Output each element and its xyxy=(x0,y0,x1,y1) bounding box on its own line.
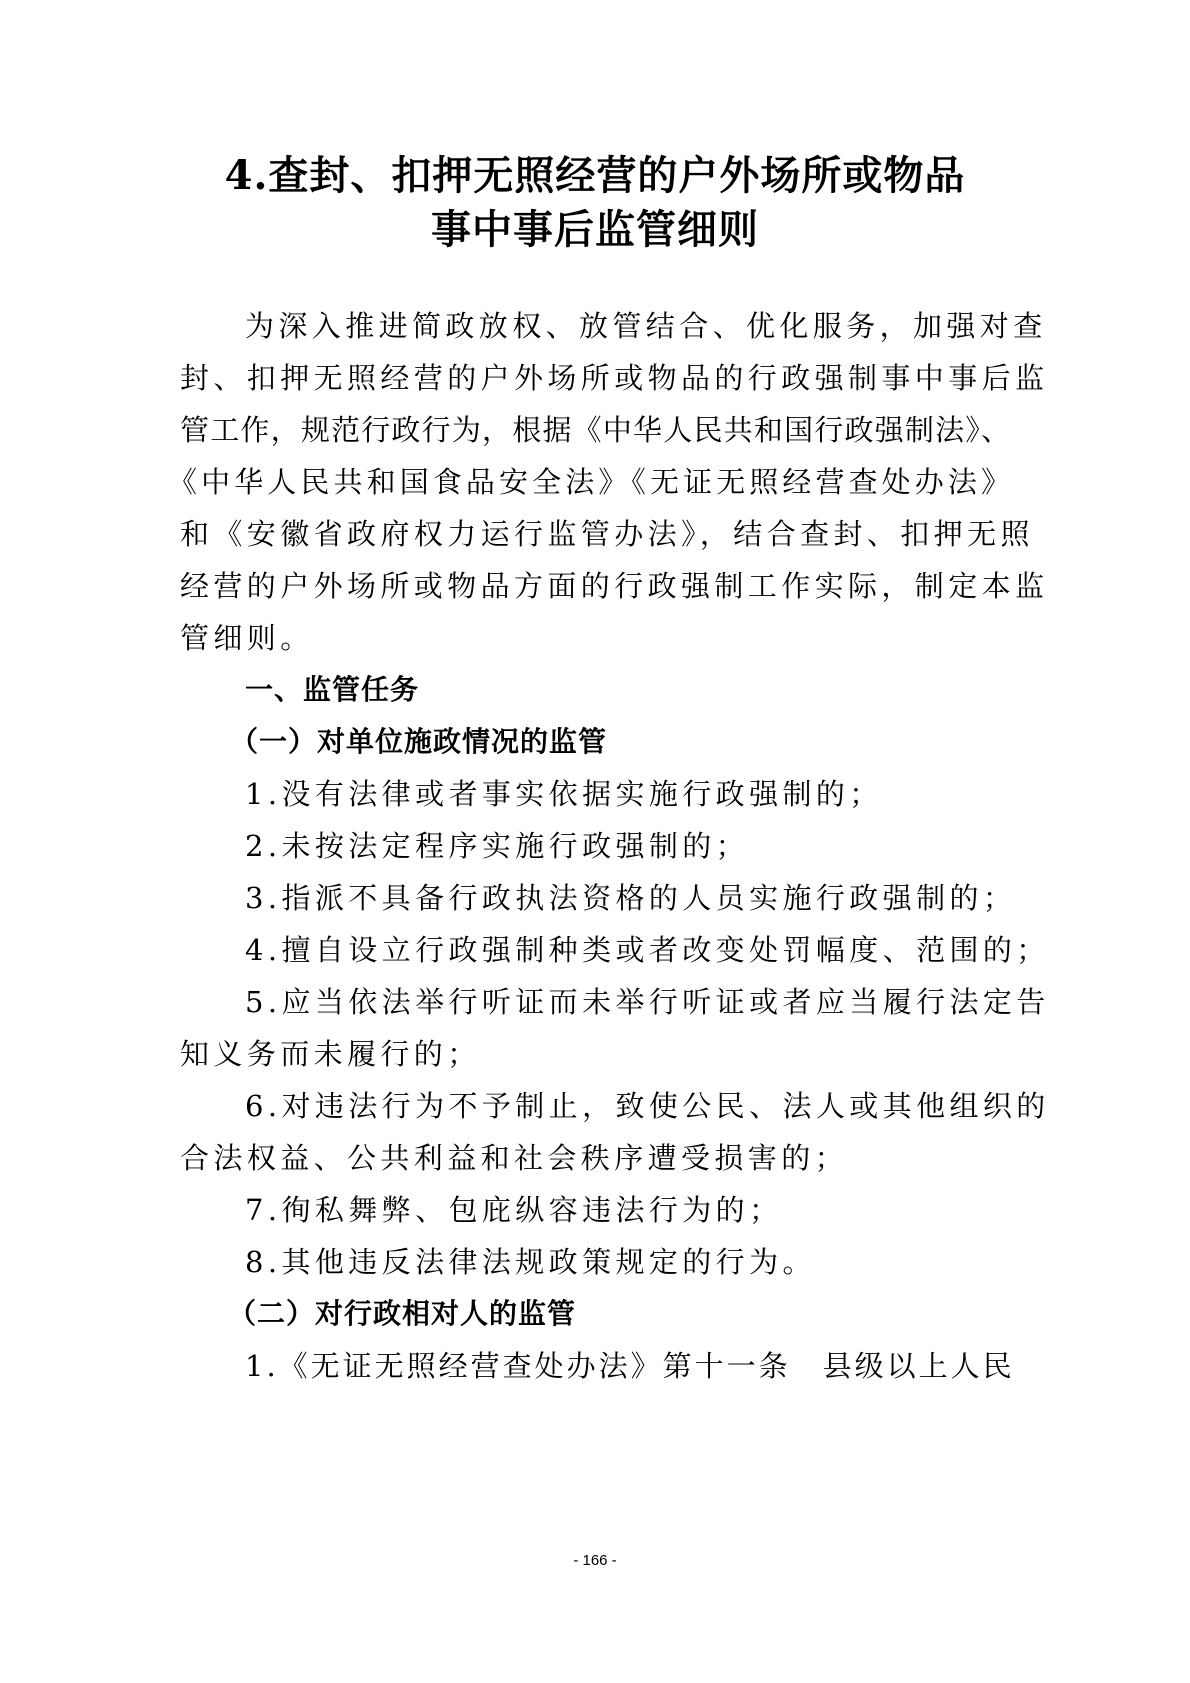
intro-line: 和《安徽省政府权力运行监管办法》，结合查封、扣押无照 xyxy=(180,514,1010,554)
list-item: 7.徇私舞弊、包庇纵容违法行为的； xyxy=(245,1190,1075,1230)
list-item: 1.没有法律或者事实依据实施行政强制的； xyxy=(245,774,1075,814)
list-item-continuation: 合法权益、公共利益和社会秩序遭受损害的； xyxy=(180,1138,1010,1178)
list-item: 6.对违法行为不予制止，致使公民、法人或其他组织的 xyxy=(245,1086,1075,1126)
subsection-heading-2: （二）对行政相对人的监管 xyxy=(228,1294,576,1334)
list-item: 1.《无证无照经营查处办法》第十一条 县级以上人民 xyxy=(245,1346,1075,1386)
list-item: 3.指派不具备行政执法资格的人员实施行政强制的； xyxy=(245,878,1075,918)
list-item: 5.应当依法举行听证而未举行听证或者应当履行法定告 xyxy=(245,982,1075,1022)
intro-line: 经营的户外场所或物品方面的行政强制工作实际，制定本监 xyxy=(180,566,1010,606)
section-heading: 一、监管任务 xyxy=(245,670,419,710)
list-item-continuation: 知义务而未履行的； xyxy=(180,1034,1010,1074)
intro-line: 为深入推进简政放权、放管结合、优化服务，加强对查 xyxy=(245,306,1010,346)
list-item: 4.擅自设立行政强制种类或者改变处罚幅度、范围的； xyxy=(245,930,1075,970)
intro-line: 管工作，规范行政行为，根据《中华人民共和国行政强制法》、 xyxy=(180,410,1010,450)
intro-line: 《中华人民共和国食品安全法》《无证无照经营查处办法》 xyxy=(168,462,1010,502)
list-item: 2.未按法定程序实施行政强制的； xyxy=(245,826,1075,866)
page-number: - 166 - xyxy=(0,1552,1190,1569)
intro-line: 封、扣押无照经营的户外场所或物品的行政强制事中事后监 xyxy=(180,358,1010,398)
subsection-heading-1: （一）对单位施政情况的监管 xyxy=(230,722,607,762)
document-title-line-2: 事中事后监管细则 xyxy=(0,200,1190,260)
list-item: 8.其他违反法律法规政策规定的行为。 xyxy=(245,1242,1075,1282)
document-page: 4.查封、扣押无照经营的户外场所或物品 事中事后监管细则 为深入推进简政放权、放… xyxy=(0,0,1190,1683)
intro-line: 管细则。 xyxy=(180,618,1010,658)
document-title-line-1: 4.查封、扣押无照经营的户外场所或物品 xyxy=(0,146,1190,206)
